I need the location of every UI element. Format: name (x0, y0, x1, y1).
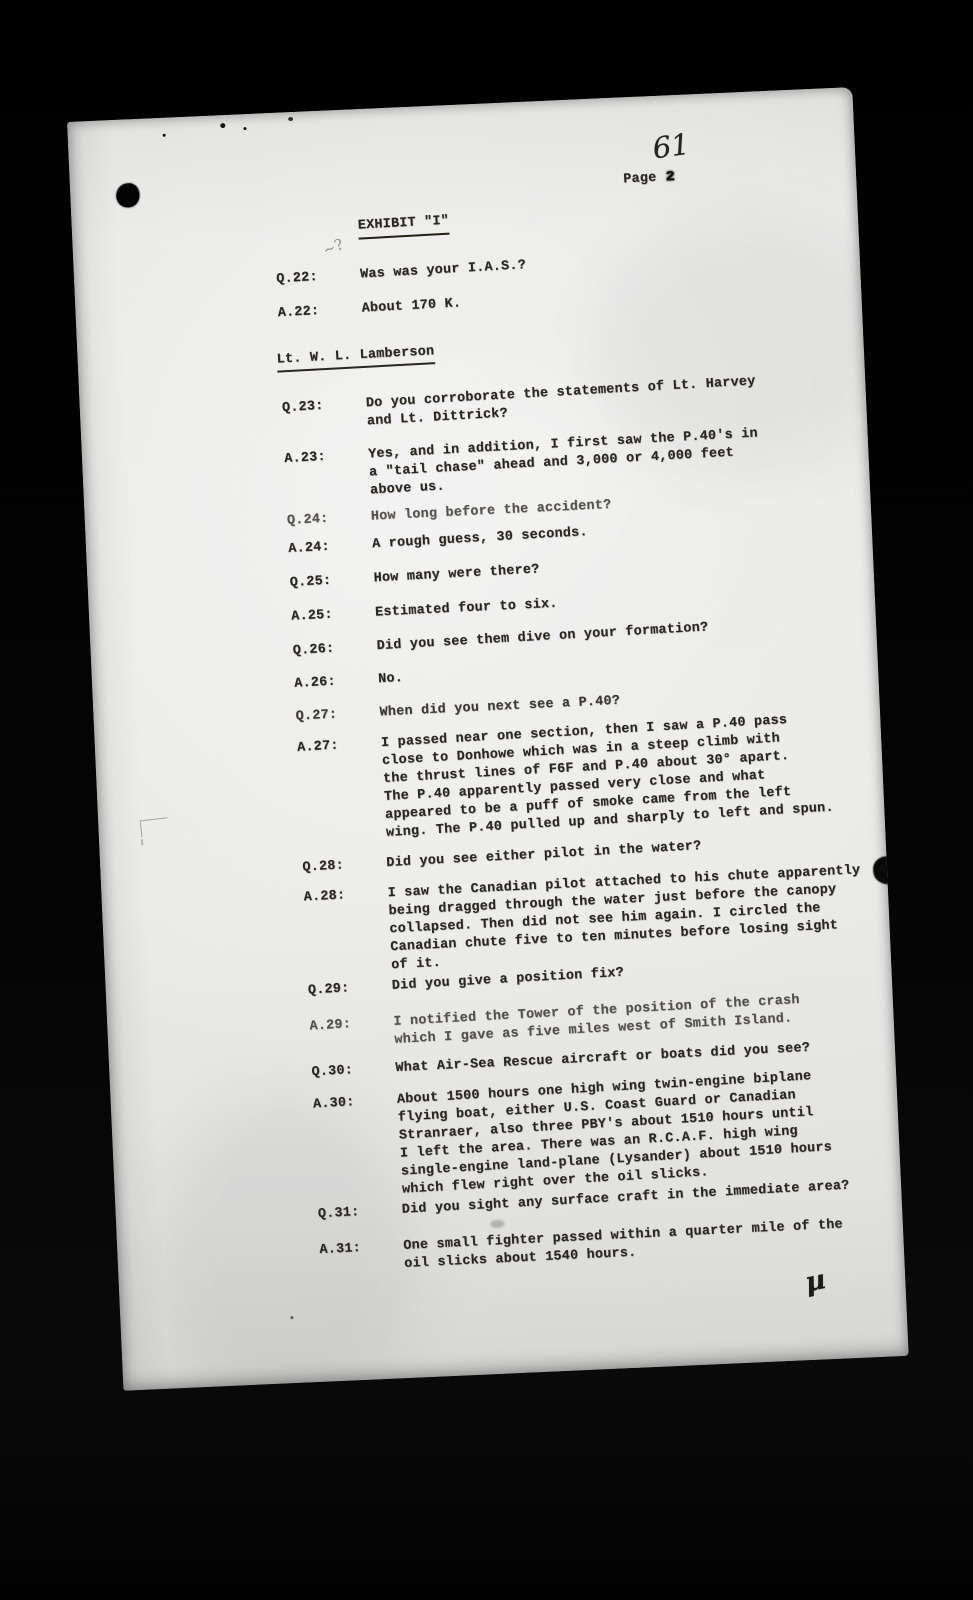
qa-label: A.31: (319, 1240, 361, 1260)
margin-pencil-mark (140, 817, 170, 837)
pencil-annotation: ~? (320, 235, 346, 260)
qa-label: Q.24: (287, 511, 329, 531)
qa-label: Q.30: (311, 1062, 353, 1082)
qa-entry-a23: A.23: Yes, and in addition, I first saw … (82, 419, 867, 462)
qa-entry-q22: Q.22: Was was your I.A.S.? (74, 238, 859, 283)
qa-label: Q.25: (289, 573, 331, 593)
scan-shading (151, 1088, 425, 1391)
exhibit-title: EXHIBIT "I" (357, 213, 449, 240)
handwritten-initial-mark: µ (802, 1264, 828, 1298)
qa-entry-a22: A.22: About 170 K. (76, 274, 861, 317)
qa-entry-a29: A.29: I notified the Tower of the positi… (107, 987, 892, 1030)
page-number-stamp: 2 (665, 169, 675, 187)
qa-label: Q.27: (295, 707, 337, 727)
qa-entry-a31: A.31: One small fighter passed within a … (117, 1214, 902, 1252)
qa-entry-a25: A.25: Estimated four to six. (89, 580, 874, 618)
qa-label: A.28: (303, 887, 345, 907)
qa-label: A.26: (294, 674, 336, 694)
qa-label: A.24: (288, 539, 330, 559)
qa-text: I passed near one section, then I saw a … (381, 708, 866, 843)
qa-entry-q23: Q.23: Do you corroborate the statements … (80, 367, 865, 412)
scanned-page: Page2 61 EXHIBIT "I" ~? Q.22: Was was yo… (67, 87, 909, 1391)
qa-label: Q.26: (292, 641, 334, 661)
qa-text: About 170 K. (361, 275, 841, 319)
qa-label: Q.28: (302, 857, 344, 877)
qa-label: A.29: (309, 1016, 351, 1036)
ink-speck (220, 123, 225, 128)
qa-label: Q.22: (276, 269, 318, 289)
ink-speck (163, 134, 166, 137)
qa-label: A.23: (284, 449, 326, 469)
ink-smudge (490, 1220, 504, 1229)
ink-speck (243, 127, 246, 130)
punch-hole (116, 183, 140, 208)
qa-entry-a26: A.26: No. (92, 644, 877, 687)
qa-label: Q.29: (308, 980, 350, 1000)
witness-heading: Lt. W. L. Lamberson (276, 343, 435, 372)
page-label: Page (623, 171, 657, 188)
scanned-document-photo: { "page": { "page_label_word": "Page", "… (0, 0, 973, 1600)
handwritten-page-number: 61 (651, 129, 692, 164)
qa-text: Do you corroborate the statements of Lt.… (365, 368, 846, 431)
qa-label: Q.23: (282, 398, 324, 418)
qa-label: A.22: (277, 303, 319, 323)
qa-label: Q.31: (317, 1204, 359, 1224)
qa-label: A.30: (313, 1094, 355, 1114)
qa-label: A.25: (291, 607, 333, 627)
qa-text: How many were there? (373, 544, 853, 588)
qa-label: A.27: (297, 738, 339, 758)
ink-speck (290, 1316, 293, 1319)
qa-entry-q25: Q.25: How many were there? (88, 543, 873, 586)
ink-speck (288, 117, 293, 121)
